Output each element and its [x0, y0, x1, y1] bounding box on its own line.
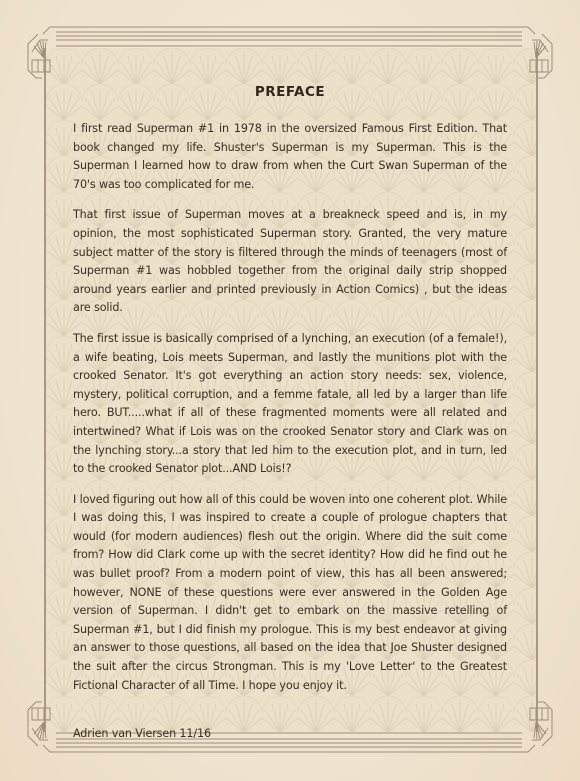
corner-ornament-top-left — [26, 32, 62, 88]
paragraph-1: I first read Superman #1 in 1978 in the … — [73, 120, 507, 194]
paragraph-2: That first issue of Superman moves at a … — [73, 206, 507, 318]
page-title: PREFACE — [73, 84, 507, 100]
corner-ornament-top-right — [518, 32, 554, 88]
paragraph-4: I loved figuring out how all of this cou… — [73, 491, 507, 696]
corner-ornament-bottom-left — [26, 692, 62, 748]
author-signature: Adrien van Viersen 11/16 — [73, 725, 507, 744]
preface-content: PREFACE I first read Superman #1 in 1978… — [73, 84, 507, 756]
paragraph-3: The first issue is basically comprised o… — [73, 330, 507, 479]
top-molding — [42, 26, 536, 48]
corner-ornament-bottom-right — [518, 692, 554, 748]
